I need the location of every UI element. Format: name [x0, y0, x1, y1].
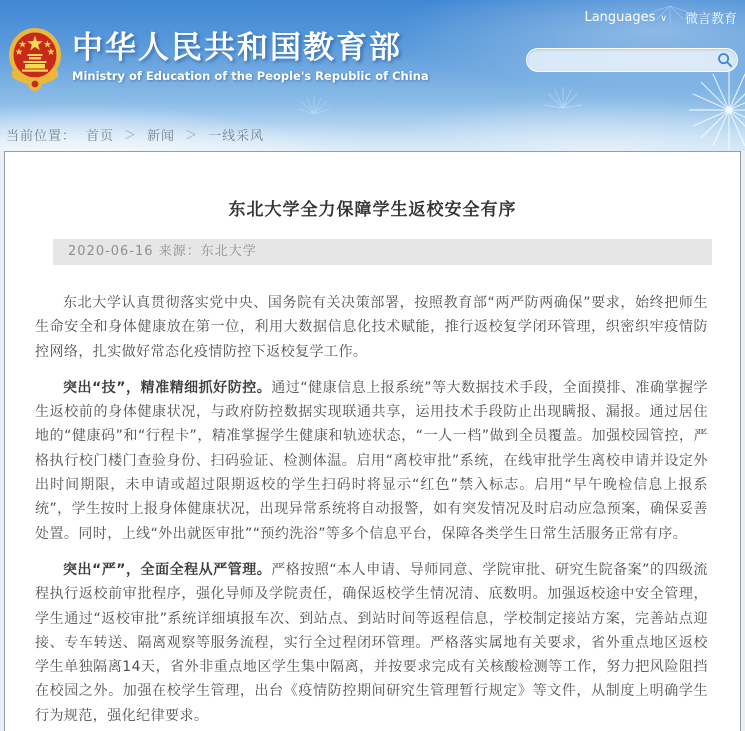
dandelion-decoration-icon — [295, 95, 333, 133]
article-panel: 东北大学全力保障学生返校安全有序 2020-06-16 来源：东北大学 东北大学… — [4, 151, 741, 731]
paragraph-text: 东北大学认真贯彻落实党中央、国务院有关决策部署，按照教育部“两严防两确保”要求，… — [35, 295, 708, 360]
languages-label: Languages — [584, 10, 655, 25]
breadcrumb-separator: ＞ — [124, 126, 137, 143]
search-button[interactable] — [713, 49, 737, 71]
weiyan-jiaoyu-link[interactable]: 微言教育 — [685, 8, 737, 27]
search-icon — [717, 52, 733, 68]
dandelion-decoration-icon — [541, 86, 585, 130]
paragraph-lead: 突出“技”，精准精细抓好防控。 — [63, 380, 271, 396]
article-title: 东北大学全力保障学生返校安全有序 — [5, 195, 740, 220]
breadcrumb-frontline[interactable]: 一线采风 — [208, 125, 264, 144]
breadcrumb-home[interactable]: 首页 — [86, 125, 114, 144]
search-box — [526, 48, 738, 72]
breadcrumb-separator: ＞ — [185, 126, 198, 143]
site-titles: 中华人民共和国教育部 Ministry of Education of the … — [72, 27, 429, 83]
dandelion-decoration-icon — [687, 68, 745, 151]
breadcrumb-news[interactable]: 新闻 — [147, 125, 175, 144]
search-input[interactable] — [527, 49, 713, 71]
site-logo-link[interactable]: 中华人民共和国教育部 Ministry of Education of the … — [8, 27, 429, 95]
article-paragraph: 突出“技”，精准精细抓好防控。通过“健康信息上报系统”等大数据技术手段，全面摸排… — [35, 376, 708, 546]
languages-menu[interactable]: Languages ∨ — [584, 10, 667, 25]
article-paragraph: 突出“严”，全面全程从严管理。严格按照“本人申请、导师同意、学院审批、研究生院备… — [35, 558, 708, 728]
article-meta-bar: 2020-06-16 来源：东北大学 — [53, 239, 712, 265]
chevron-down-icon: ∨ — [660, 14, 667, 24]
article-source-label: 来源： — [159, 244, 201, 259]
article-date: 2020-06-16 — [68, 244, 154, 259]
site-title: 中华人民共和国教育部 — [72, 31, 429, 65]
site-header: Languages ∨ 微言教育 中华人民共和国教育部 — [0, 0, 745, 151]
paragraph-lead: 突出“严”，全面全程从严管理。 — [63, 562, 271, 578]
breadcrumb: 当前位置： 首页 ＞ 新闻 ＞ 一线采风 — [6, 125, 264, 144]
header-utility-links: Languages ∨ 微言教育 — [584, 8, 737, 27]
national-emblem-icon — [8, 27, 62, 95]
paragraph-text: 通过“健康信息上报系统”等大数据技术手段，全面摸排、准确掌握学生返校前的身体健康… — [35, 380, 708, 542]
site-subtitle: Ministry of Education of the People's Re… — [72, 69, 429, 83]
paragraph-text: 严格按照“本人申请、导师同意、学院审批、研究生院备案”的四级流程执行返校前审批程… — [35, 562, 708, 724]
article-body: 东北大学认真贯彻落实党中央、国务院有关决策部署，按照教育部“两严防两确保”要求，… — [5, 265, 740, 728]
breadcrumb-label: 当前位置： — [6, 125, 76, 144]
article-source: 东北大学 — [201, 244, 257, 259]
article-paragraph: 东北大学认真贯彻落实党中央、国务院有关决策部署，按照教育部“两严防两确保”要求，… — [35, 291, 708, 364]
